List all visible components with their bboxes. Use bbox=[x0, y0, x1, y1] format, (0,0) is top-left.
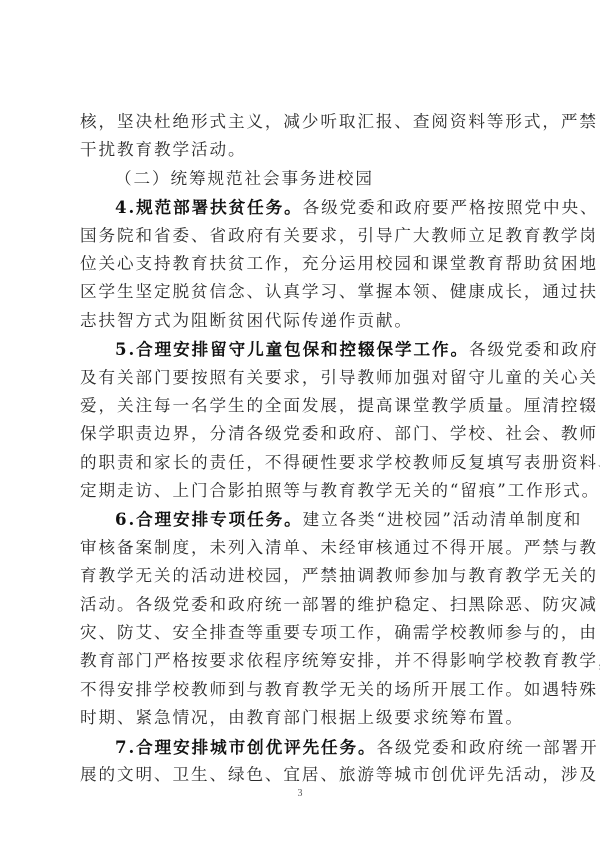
paragraph-line: 教育部门严格按要求依程序统筹安排，并不得影响学校教育教学， bbox=[80, 647, 524, 675]
item-title: 5.合理安排留守儿童包保和控辍保学工作。 bbox=[115, 339, 469, 359]
paragraph-line: 核，坚决杜绝形式主义，减少听取汇报、查阅资料等形式，严禁 bbox=[80, 108, 524, 136]
paragraph-line: 育教学无关的活动进校园，严禁抽调教师参加与教育教学无关的 bbox=[80, 562, 524, 590]
paragraph-line: 灾、防艾、安全排查等重要专项工作，确需学校教师参与的，由 bbox=[80, 619, 524, 647]
item-5-first-line: 5.合理安排留守儿童包保和控辍保学工作。各级党委和政府 bbox=[80, 335, 524, 363]
item-title: 7.合理安排城市创优评先任务。 bbox=[115, 737, 377, 757]
item-7-first-line: 7.合理安排城市创优评先任务。各级党委和政府统一部署开 bbox=[80, 733, 524, 761]
item-title: 6.合理安排专项任务。 bbox=[115, 509, 303, 529]
paragraph-line: 保学职责边界，分清各级党委和政府、部门、学校、社会、教师 bbox=[80, 420, 524, 448]
item-text: 各级党委和政府统一部署开 bbox=[377, 738, 599, 757]
paragraph-line: 的职责和家长的责任，不得硬性要求学校教师反复填写表册资料、 bbox=[80, 449, 524, 477]
item-title: 4.规范部署扶贫任务。 bbox=[115, 197, 303, 217]
item-6-first-line: 6.合理安排专项任务。建立各类“进校园”活动清单制度和 bbox=[80, 505, 524, 533]
paragraph-line: 定期走访、上门合影拍照等与教育教学无关的“留痕”工作形式。 bbox=[80, 477, 524, 505]
paragraph-line: 志扶智方式为阻断贫困代际传递作贡献。 bbox=[80, 307, 524, 335]
paragraph-line: 位关心支持教育扶贫工作，充分运用校园和课堂教育帮助贫困地 bbox=[80, 250, 524, 278]
document-page: 核，坚决杜绝形式主义，减少听取汇报、查阅资料等形式，严禁 干扰教育教学活动。 （… bbox=[80, 108, 524, 789]
item-text: 各级党委和政府 bbox=[469, 340, 598, 359]
paragraph-line: 区学生坚定脱贫信念、认真学习、掌握本领、健康成长，通过扶 bbox=[80, 278, 524, 306]
item-text: 建立各类“进校园”活动清单制度和 bbox=[303, 510, 583, 529]
paragraph-line: 展的文明、卫生、绿色、宜居、旅游等城市创优评先活动，涉及 bbox=[80, 761, 524, 789]
paragraph-line: 及有关部门要按照有关要求，引导教师加强对留守儿童的关心关 bbox=[80, 364, 524, 392]
item-text: 各级党委和政府要严格按照党中央、 bbox=[303, 198, 599, 217]
paragraph-line: 爱，关注每一名学生的全面发展，提高课堂教学质量。厘清控辍 bbox=[80, 392, 524, 420]
paragraph-line: 干扰教育教学活动。 bbox=[80, 136, 524, 164]
page-number: 3 bbox=[0, 788, 600, 799]
section-heading: （二）统筹规范社会事务进校园 bbox=[80, 165, 524, 193]
paragraph-line: 不得安排学校教师到与教育教学无关的场所开展工作。如遇特殊 bbox=[80, 676, 524, 704]
paragraph-line: 审核备案制度，未列入清单、未经审核通过不得开展。严禁与教 bbox=[80, 534, 524, 562]
paragraph-line: 国务院和省委、省政府有关要求，引导广大教师立足教育教学岗 bbox=[80, 222, 524, 250]
item-4-first-line: 4.规范部署扶贫任务。各级党委和政府要严格按照党中央、 bbox=[80, 193, 524, 221]
paragraph-line: 时期、紧急情况，由教育部门根据上级要求统筹布置。 bbox=[80, 704, 524, 732]
paragraph-line: 活动。各级党委和政府统一部署的维护稳定、扫黑除恶、防灾减 bbox=[80, 591, 524, 619]
